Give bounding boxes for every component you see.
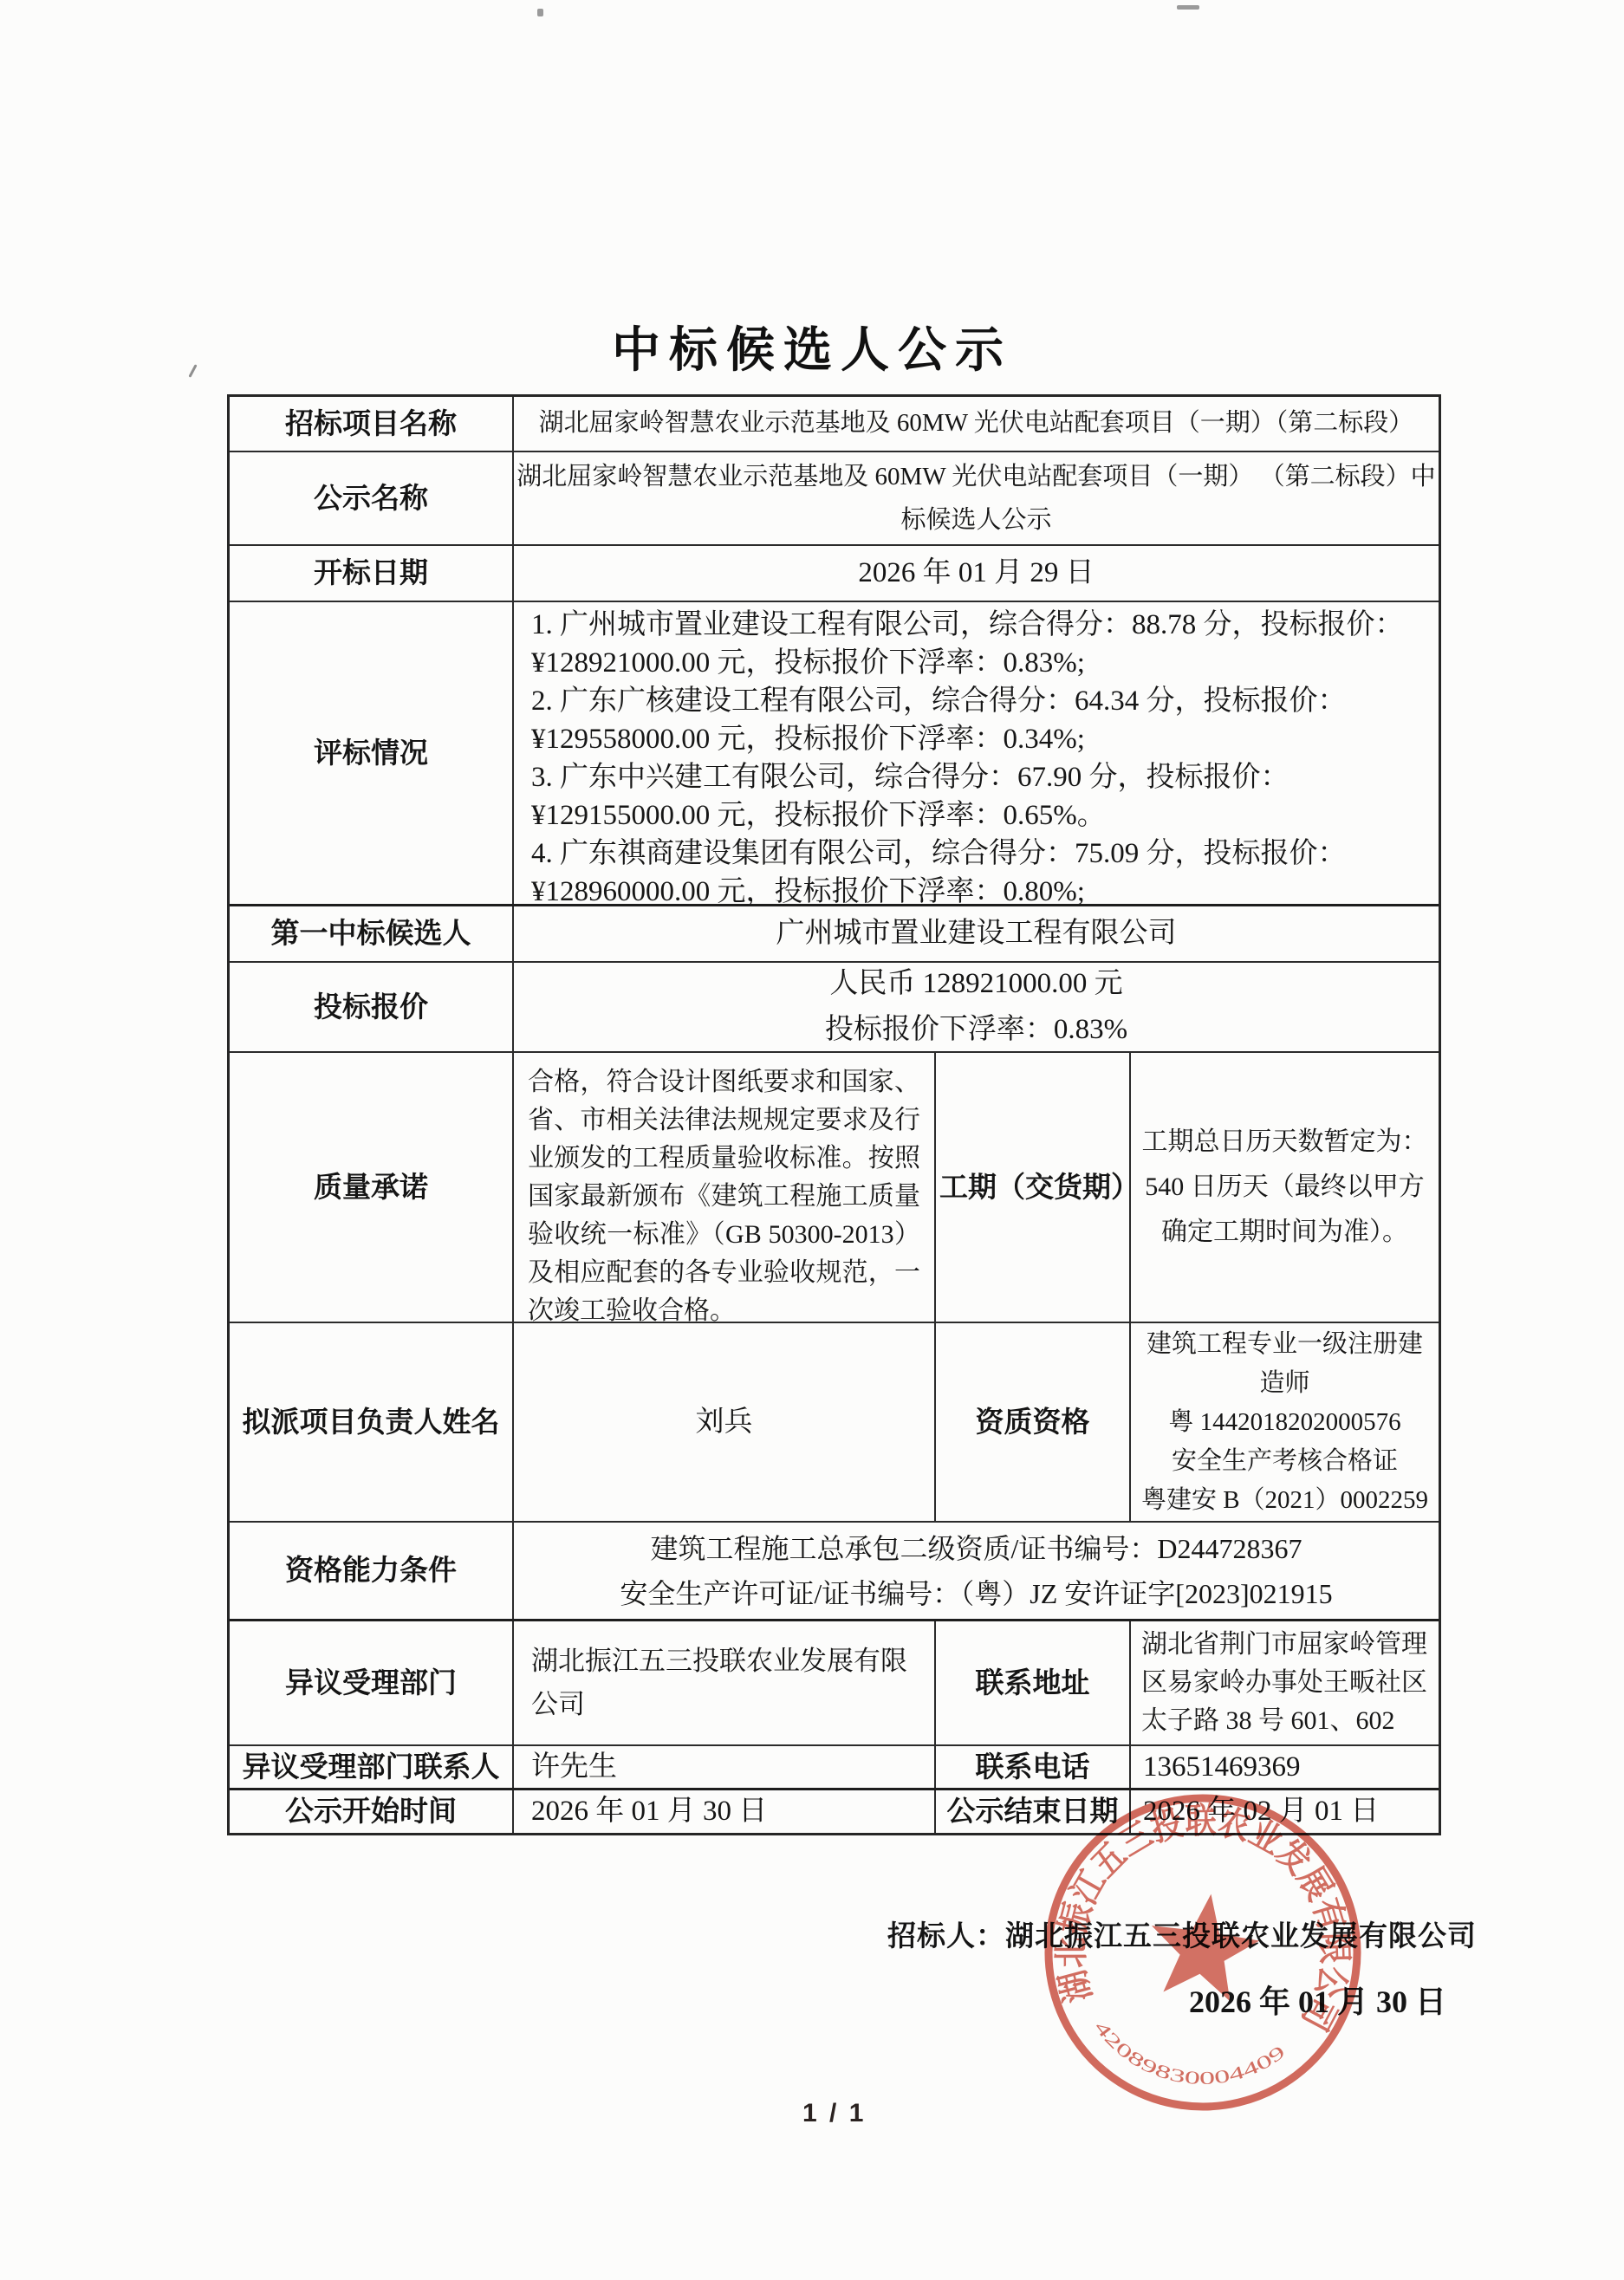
- row-label: 开标日期: [230, 546, 512, 601]
- evaluation-item: 3. 广东中兴建工有限公司，综合得分：67.90 分，投标报价：¥1291550…: [531, 758, 1421, 835]
- evaluation-item: 1. 广州城市置业建设工程有限公司，综合得分：88.78 分，投标报价：¥128…: [531, 606, 1421, 682]
- bid-price-discount: 投标报价下浮率：0.83%: [825, 1007, 1127, 1051]
- row-label: 第一中标候选人: [230, 906, 512, 961]
- row-value: 2026 年 01 月 29 日: [512, 546, 1439, 601]
- scan-artifact: [1177, 5, 1199, 10]
- table-row-objection-department: 异议受理部门 湖北振江五三投联农业发展有限公司 联系地址 湖北省荆门市屈家岭管理…: [230, 1619, 1439, 1744]
- evaluation-item: 4. 广东祺商建设集团有限公司，综合得分：75.09 分，投标报价：¥12896…: [531, 835, 1421, 904]
- credential-line: 粤 1442018202000576: [1168, 1403, 1400, 1442]
- contact-person: 许先生: [512, 1746, 934, 1788]
- row-value: 1. 广州城市置业建设工程有限公司，综合得分：88.78 分，投标报价：¥128…: [512, 602, 1439, 904]
- manager-name: 刘兵: [512, 1323, 934, 1521]
- credentials-list: 建筑工程专业一级注册建造师 粤 1442018202000576 安全生产考核合…: [1129, 1323, 1439, 1521]
- row-label: 公示开始时间: [230, 1790, 512, 1833]
- announcement-table: 招标项目名称 湖北屈家岭智慧农业示范基地及 60MW 光伏电站配套项目（一期）（…: [227, 394, 1441, 1835]
- bid-price-amount: 人民币 128921000.00 元: [829, 963, 1122, 1007]
- row-label: 招标项目名称: [230, 397, 512, 451]
- phone-label: 联系电话: [934, 1746, 1129, 1788]
- stamp-number: 42089830004409: [1084, 2015, 1291, 2101]
- page-title: 中标候选人公示: [0, 312, 1624, 381]
- row-label: 评标情况: [230, 602, 512, 904]
- announcement-start-date: 2026 年 01 月 30 日: [512, 1790, 934, 1833]
- row-value: 湖北屈家岭智慧农业示范基地及 60MW 光伏电站配套项目（一期）（第二标段）: [512, 397, 1439, 451]
- row-label: 异议受理部门: [230, 1621, 512, 1744]
- table-row-first-candidate: 第一中标候选人 广州城市置业建设工程有限公司: [230, 904, 1439, 961]
- announcement-end-label: 公示结束日期: [934, 1790, 1129, 1833]
- table-row-project-name: 招标项目名称 湖北屈家岭智慧农业示范基地及 60MW 光伏电站配套项目（一期）（…: [230, 397, 1439, 451]
- contact-address-text: 湖北省荆门市屈家岭管理区易家岭办事处王畈社区太子路 38 号 601、602: [1129, 1621, 1439, 1744]
- credential-line: 建筑工程专业一级注册建造师: [1134, 1325, 1435, 1403]
- tenderer-signature-line: 招标人：湖北振江五三投联农业发展有限公司: [887, 1913, 1477, 1954]
- objection-department-name: 湖北振江五三投联农业发展有限公司: [512, 1621, 934, 1744]
- announcement-end-date: 2026 年 02 月 01 日: [1129, 1790, 1439, 1833]
- scanned-document-page: 中标候选人公示 招标项目名称 湖北屈家岭智慧农业示范基地及 60MW 光伏电站配…: [0, 0, 1624, 2280]
- row-value: 广州城市置业建设工程有限公司: [512, 906, 1439, 961]
- evaluation-item: 2. 广东广核建设工程有限公司，综合得分：64.34 分，投标报价：¥12955…: [531, 682, 1421, 758]
- row-label: 质量承诺: [230, 1053, 512, 1322]
- row-label: 资格能力条件: [230, 1523, 512, 1619]
- signature-date: 2026 年 01 月 30 日: [1189, 1978, 1446, 2022]
- contact-address-label: 联系地址: [934, 1621, 1129, 1744]
- credential-line: 安全生产考核合格证: [1172, 1442, 1398, 1481]
- qualification-line: 安全生产许可证/证书编号：（粤）JZ 安许证字[2023]021915: [620, 1571, 1332, 1616]
- table-row-qualification: 资格能力条件 建筑工程施工总承包二级资质/证书编号：D244728367 安全生…: [230, 1521, 1439, 1619]
- row-label: 公示名称: [230, 452, 512, 544]
- qualification-line: 建筑工程施工总承包二级资质/证书编号：D244728367: [650, 1526, 1302, 1571]
- page-number: 1 / 1: [802, 2099, 866, 2128]
- credential-line: 粤建安 B（2021）0002259: [1141, 1481, 1428, 1520]
- table-row-bid-opening-date: 开标日期 2026 年 01 月 29 日: [230, 544, 1439, 601]
- row-label: 投标报价: [230, 963, 512, 1051]
- duration-text: 工期总日历天数暂定为：540 日历天（最终以甲方确定工期时间为准）。: [1129, 1053, 1439, 1322]
- row-value: 湖北屈家岭智慧农业示范基地及 60MW 光伏电站配套项目（一期） （第二标段）中…: [512, 452, 1439, 544]
- row-value: 人民币 128921000.00 元 投标报价下浮率：0.83%: [512, 963, 1439, 1051]
- table-row-announcement-name: 公示名称 湖北屈家岭智慧农业示范基地及 60MW 光伏电站配套项目（一期） （第…: [230, 451, 1439, 544]
- scan-artifact: [537, 9, 543, 16]
- table-row-bid-price: 投标报价 人民币 128921000.00 元 投标报价下浮率：0.83%: [230, 961, 1439, 1051]
- row-label: 拟派项目负责人姓名: [230, 1323, 512, 1521]
- table-row-objection-contact: 异议受理部门联系人 许先生 联系电话 13651469369: [230, 1744, 1439, 1788]
- row-value: 建筑工程施工总承包二级资质/证书编号：D244728367 安全生产许可证/证书…: [512, 1523, 1439, 1619]
- credentials-label: 资质资格: [934, 1323, 1129, 1521]
- row-label: 异议受理部门联系人: [230, 1746, 512, 1788]
- duration-label: 工期（交货期）: [934, 1053, 1129, 1322]
- table-row-quality-duration: 质量承诺 合格，符合设计图纸要求和国家、省、市相关法律法规规定要求及行业颁发的工…: [230, 1051, 1439, 1322]
- table-row-evaluation: 评标情况 1. 广州城市置业建设工程有限公司，综合得分：88.78 分，投标报价…: [230, 601, 1439, 904]
- quality-commitment-text: 合格，符合设计图纸要求和国家、省、市相关法律法规规定要求及行业颁发的工程质量验收…: [512, 1053, 934, 1322]
- table-row-project-manager: 拟派项目负责人姓名 刘兵 资质资格 建筑工程专业一级注册建造师 粤 144201…: [230, 1322, 1439, 1521]
- svg-text:42089830004409: 42089830004409: [1084, 2015, 1291, 2101]
- phone-number: 13651469369: [1129, 1746, 1439, 1788]
- table-row-announcement-period: 公示开始时间 2026 年 01 月 30 日 公示结束日期 2026 年 02…: [230, 1788, 1439, 1833]
